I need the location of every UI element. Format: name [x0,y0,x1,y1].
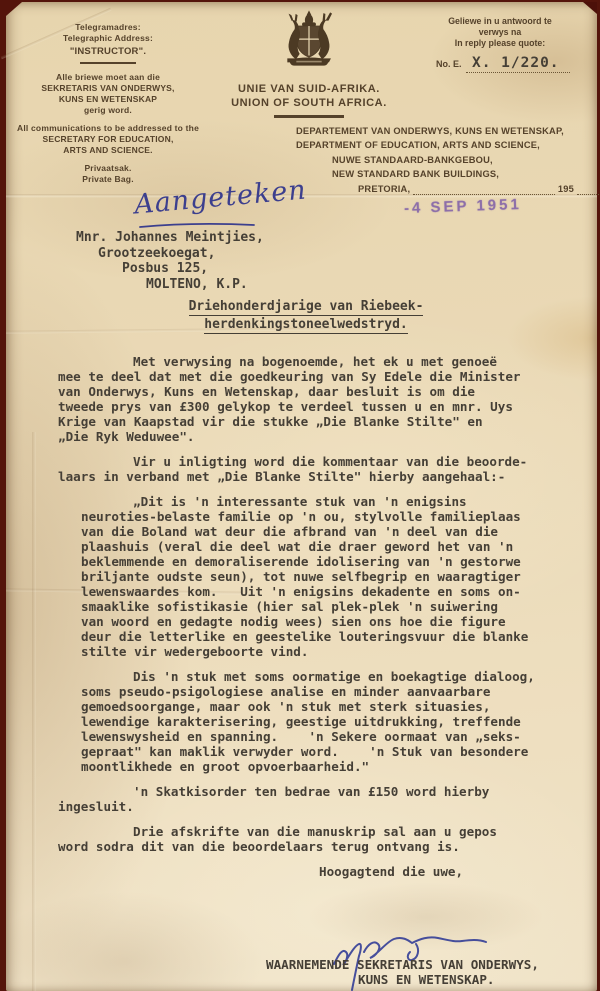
letter-paper: Telegramadres: Telegraphic Address: "INS… [6,2,597,991]
notice-en-line: ARTS AND SCIENCE. [14,145,202,156]
body-line: moontlikhede en groot opvoerbaarheid." [81,759,570,774]
reference-row: No. E. X. 1/220. [436,54,600,72]
reply-line: verwys na [404,27,596,38]
body-line: soms pseudo-psigologiese analise en mind… [81,684,570,699]
department-block: DEPARTEMENT VAN ONDERWYS, KUNS EN WETENS… [296,125,600,197]
building-line-en: NEW STANDARD BANK BUILDINGS, [332,168,600,182]
body-line: van die Boland wat deur die afbrand van … [81,524,570,539]
body-line: lewenswaardes kom. Uit 'n enigsins dekad… [81,584,570,599]
body-line: Vir u inligting word die kommentaar van … [58,454,570,469]
body-line: beklemmende en demoraliserende idoliseri… [81,554,570,569]
body-line: smaaklike sofistikasie (hier sal plek-pl… [81,599,570,614]
body-line: gemoedsoorgange, maar ook 'n stuk met st… [81,699,570,714]
body-line: 'n Skatkisorder ten bedrae van £150 word… [58,784,570,799]
private-bag-en: Private Bag. [14,174,202,185]
paragraph-5: 'n Skatkisorder ten bedrae van £150 word… [58,784,570,814]
paragraph-6: Drie afskrifte van die manuskrip sal aan… [58,824,570,854]
divider-rule [274,115,344,118]
union-title-block: UNIE VAN SUID-AFRIKA. UNION OF SOUTH AFR… [211,82,407,110]
photo-backdrop-corner [6,2,22,16]
notice-en-line: SECRETARY FOR EDUCATION, [14,134,202,145]
recipient-name: Mnr. Johannes Meintjies, [76,230,264,246]
subject-line: herdenkingstoneelwedstryd. [204,317,408,334]
dotted-leader [577,194,599,195]
coat-of-arms-icon [249,8,369,85]
signoff-title-line: WAARNEMENDE SEKRETARIS VAN ONDERWYS, [266,957,539,972]
paragraph-4-quote: Dis 'n stuk met soms oormatige en boekag… [81,669,570,774]
recipient-postbox: Posbus 125, [76,261,264,277]
body-line: briljante oudste seun), tot nuwe selfbeg… [81,569,570,584]
letter-scan: { "colors": { "paper": "#ead9b6", "backd… [0,0,600,991]
notice-en-line: All communications to be addressed to th… [14,123,202,134]
city-label: PRETORIA, [358,183,410,197]
reply-line: In reply please quote: [404,38,596,49]
paragraph-1: Met verwysing na bogenoemde, het ek u me… [58,354,570,444]
photo-backdrop-corner [583,2,597,14]
dotted-leader [413,194,555,195]
private-bag-af: Privaatsak. [14,163,202,174]
body-line: laars in verband met „Die Blanke Stilte"… [58,469,570,484]
body-line: lewendige karakterisering, geestige uitd… [81,714,570,729]
paragraph-3-quote: „Dit is 'n interessante stuk van 'n enig… [81,494,570,659]
body-line: gepraat" kan maklik verwyder word. 'n St… [81,744,570,759]
signoff-title-line: KUNS EN WETENSKAP. [266,972,539,987]
subject-heading: Driehonderdjarige van Riebeek- herdenkin… [6,298,600,334]
body-line: mee te deel dat met die goedkeuring van … [58,369,570,384]
body-line: plaashuis (veral die deel wat die draer … [81,539,570,554]
body-line: word sodra dit van die beoordelaars teru… [58,839,570,854]
year-prefix: 195 [558,183,574,197]
body-line: ingesluit. [58,799,570,814]
handwritten-underline-flourish [138,220,256,230]
telegram-address-label-en: Telegraphic Address: [14,33,202,44]
union-title-af: UNIE VAN SUID-AFRIKA. [211,82,407,96]
recipient-town: MOLTENO, K.P. [76,277,264,293]
reference-number: X. 1/220. [466,55,570,73]
notice-af-line: Alle briewe moet aan die [14,72,202,83]
telegram-code: "INSTRUCTOR". [14,46,202,57]
body-line: „Die Ryk Weduwee". [58,429,570,444]
body-line: neuroties-belaste familie op 'n ou, styl… [81,509,570,524]
department-line-en: DEPARTMENT OF EDUCATION, ARTS AND SCIENC… [296,139,600,153]
letter-body: Met verwysing na bogenoemde, het ek u me… [58,354,570,879]
body-line: tweede prys van £300 gelykop te verdeel … [58,399,570,414]
body-line: lewenswysheid en spanning. 'n Sekere oor… [81,729,570,744]
recipient-address: Mnr. Johannes Meintjies, Grootzeekoegat,… [76,230,264,292]
subject-line: Driehonderdjarige van Riebeek- [189,299,424,316]
body-line: Krige van Kaapstad vir die stukke „Die B… [58,414,570,429]
date-stamp: -4 SEP 1951 [404,196,522,217]
building-line-af: NUWE STANDAARD-BANKGEBOU, [332,154,600,168]
signoff-block: WAARNEMENDE SEKRETARIS VAN ONDERWYS, KUN… [266,957,539,987]
divider-rule [80,62,136,64]
body-line: stilte vir wedergeboorte vind. [81,644,570,659]
reply-line: Geliewe in u antwoord te [404,16,596,27]
telegram-address-label: Telegramadres: [14,22,202,33]
paper-crease [32,432,36,991]
body-line: Met verwysing na bogenoemde, het ek u me… [58,354,570,369]
department-line-af: DEPARTEMENT VAN ONDERWYS, KUNS EN WETENS… [296,125,600,139]
notice-af-line: gerig word. [14,105,202,116]
body-line: „Dit is 'n interessante stuk van 'n enig… [81,494,570,509]
valediction: Hoogagtend die uwe, [58,864,570,879]
body-line: deur die letterlike en geestelike louter… [81,629,570,644]
letterhead-left-block: Telegramadres: Telegraphic Address: "INS… [14,22,202,185]
body-line: van woord en gedagte nodig wees) sien on… [81,614,570,629]
reply-quote-block: Geliewe in u antwoord te verwys na In re… [404,16,596,49]
body-line: van Onderwys, Kuns en Wetenskap, daar be… [58,384,570,399]
reference-label: No. E. [436,59,462,69]
notice-af-line: KUNS EN WETENSKAP [14,94,202,105]
body-line: Dis 'n stuk met soms oormatige en boekag… [81,669,570,684]
recipient-farm: Grootzeekoegat, [76,246,264,262]
union-title-en: UNION OF SOUTH AFRICA. [211,96,407,110]
body-line: Drie afskrifte van die manuskrip sal aan… [58,824,570,839]
notice-af-line: SEKRETARIS VAN ONDERWYS, [14,83,202,94]
paragraph-2: Vir u inligting word die kommentaar van … [58,454,570,484]
